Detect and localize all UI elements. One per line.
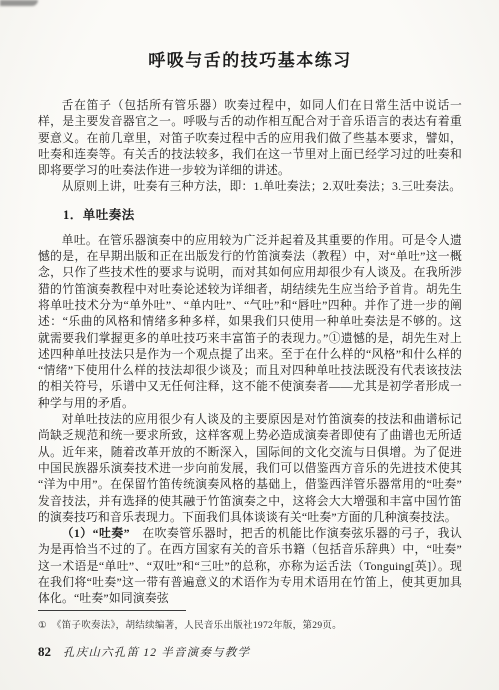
footnote-text: 《笛子吹奏法》，胡结续编著，人民音乐出版社1972年版，第29页。 [52, 621, 342, 631]
section-heading: 1．单吐奏法 [38, 205, 462, 223]
body-paragraph: 对单吐技法的应用很少有人谈及的主要原因是对竹笛演奏的技法和曲谱标记尚缺乏规范和统… [38, 411, 462, 525]
book-title: 孔庆山六孔笛 12 半音演奏与教学 [63, 644, 250, 660]
body-paragraph: 单吐。在管乐器演奏中的应用较为广泛并起着及其重要的作用。可是令人遗憾的是，在早期… [38, 232, 462, 411]
body-paragraph: 舌在笛子（包括所有管乐器）吹奏过程中，如同人们在日常生活中说话一样，是主要发音器… [38, 97, 462, 178]
body-paragraph: 从原则上讲，吐奏有三种方法，即：1.单吐奏法；2.双吐奏法；3.三吐奏法。 [38, 178, 462, 194]
document-page: 呼吸与舌的技巧基本练习 舌在笛子（包括所有管乐器）吹奏过程中，如同人们在日常生活… [0, 0, 499, 690]
body-paragraph: （1）“吐奏” 在吹奏管乐器时，把舌的机能比作演奏弦乐器的弓子，我认为是再恰当不… [38, 525, 462, 606]
page-footer: 82 孔庆山六孔笛 12 半音演奏与教学 [38, 644, 462, 660]
paragraph-lead: （1）“吐奏” [62, 526, 130, 540]
footnote: ①《笛子吹奏法》，胡结续编著，人民音乐出版社1972年版，第29页。 [38, 617, 462, 631]
document-body: 舌在笛子（包括所有管乐器）吹奏过程中，如同人们在日常生活中说话一样，是主要发音器… [38, 97, 462, 607]
scanned-book-page: { "document": { "title": "呼吸与舌的技巧基本练习", … [0, 0, 499, 690]
page-number: 82 [38, 644, 51, 660]
page-title: 呼吸与舌的技巧基本练习 [38, 46, 462, 71]
footnote-divider [38, 610, 186, 611]
footnote-marker: ① [38, 621, 47, 631]
footnote-area: ①《笛子吹奏法》，胡结续编著，人民音乐出版社1972年版，第29页。 82 孔庆… [38, 610, 462, 660]
